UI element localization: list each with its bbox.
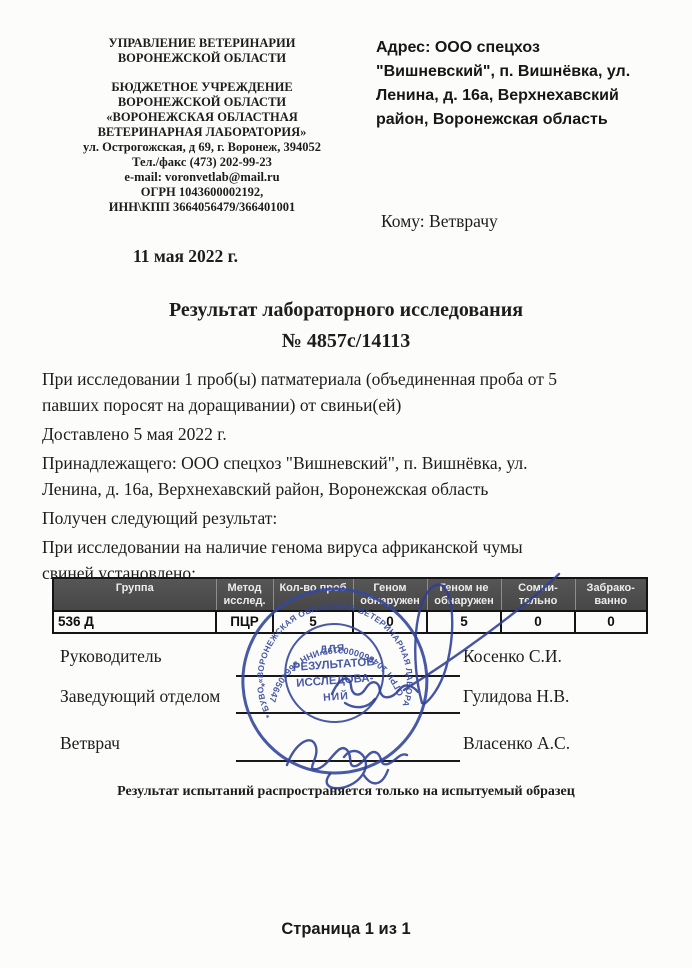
document-title-line1: Результат лабораторного исследования (0, 295, 692, 326)
disclaimer-note: Результат испытаний распространяется тол… (0, 784, 692, 800)
recipient-address-line: Ленина, д. 16а, Верхнехавский (376, 84, 668, 108)
recipient-address-block: Адрес: ООО спецхоз "Вишневский", п. Вишн… (376, 36, 668, 132)
stamp-center-line: ДЛЯ (320, 642, 346, 656)
signature-name: Власенко А.С. (463, 733, 570, 754)
recipient-address-line: "Вишневский", п. Вишнёвка, ул. (376, 60, 668, 84)
document-title-number: № 4857с/14113 (0, 326, 692, 357)
stamp-center-line: ИССЛЕДОВА- (296, 672, 374, 689)
page-number: Страница 1 из 1 (0, 920, 692, 939)
signature-role: Руководитель (60, 646, 162, 666)
signature-role: Заведующий отделом (60, 686, 220, 706)
body-line: павших поросят на доращивании) от свиньи… (42, 392, 658, 418)
scanned-lab-report-page: УПРАВЛЕНИЕ ВЕТЕРИНАРИИ ВОРОНЕЖСКОЙ ОБЛАС… (0, 0, 692, 968)
body-line: Доставлено 5 мая 2022 г. (42, 421, 658, 447)
org-name-line: ВОРОНЕЖСКОЙ ОБЛАСТИ (56, 95, 348, 110)
cell-group: 536 Д (53, 611, 216, 633)
signature-name: Гулидова Н.В. (463, 686, 569, 707)
org-email: e-mail: voronvetlab@mail.ru (56, 170, 348, 185)
cell-genome-not-detected: 5 (427, 611, 501, 633)
body-line: Получен следующий результат: (42, 505, 658, 531)
body-line: При исследовании на наличие генома вирус… (42, 534, 658, 560)
round-stamp: * БУВО «ВОРОНЕЖСКАЯ ОБЛАСТНАЯ ВЕТЕРИНАРН… (229, 577, 440, 788)
report-body: При исследовании 1 проб(ы) патматериала … (42, 366, 658, 589)
body-line: Принадлежащего: ООО спецхоз "Вишневский"… (42, 450, 658, 476)
svg-text:*: * (261, 682, 266, 693)
stamp-center-line: НИЙ (323, 689, 350, 704)
signature-role: Ветврач (60, 733, 120, 753)
org-header-block: УПРАВЛЕНИЕ ВЕТЕРИНАРИИ ВОРОНЕЖСКОЙ ОБЛАС… (56, 36, 348, 215)
cell-doubtful: 0 (501, 611, 575, 633)
paragraph-result-intro: Получен следующий результат: (42, 505, 658, 531)
col-header-rejected: Забрако- ванно (575, 578, 647, 611)
svg-text:*: * (404, 672, 409, 683)
org-inn-kpp: ИНН\КПП 3664056479/366401001 (56, 200, 348, 215)
recipient-address-line: район, Воронежская область (376, 108, 668, 132)
org-name-line: «ВОРОНЕЖСКАЯ ОБЛАСТНАЯ (56, 110, 348, 125)
body-line: Ленина, д. 16а, Верхнехавский район, Вор… (42, 476, 658, 502)
col-header-genome-not-detected: Геном не обнаружен (427, 578, 501, 611)
org-street-address: ул. Острогожская, д 69, г. Воронеж, 3940… (56, 140, 348, 155)
org-name-line: ВЕТЕРИНАРНАЯ ЛАБОРАТОРИЯ» (56, 125, 348, 140)
document-date: 11 мая 2022 г. (133, 246, 238, 267)
col-header-doubtful: Сомни- тельно (501, 578, 575, 611)
signature-name: Косенко С.И. (463, 646, 562, 667)
document-title: Результат лабораторного исследования № 4… (0, 295, 692, 357)
body-line: При исследовании 1 проб(ы) патматериала … (42, 366, 658, 392)
cell-rejected: 0 (575, 611, 647, 633)
org-ogrn: ОГРН 1043600002192, (56, 185, 348, 200)
org-phone: Тел./факс (473) 202-99-23 (56, 155, 348, 170)
col-header-group: Группа (53, 578, 216, 611)
org-name-line: БЮДЖЕТНОЕ УЧРЕЖДЕНИЕ (56, 80, 348, 95)
recipient-to-line: Кому: Ветврачу (381, 211, 498, 232)
recipient-address-line: Адрес: ООО спецхоз (376, 36, 668, 60)
paragraph-delivered: Доставлено 5 мая 2022 г. (42, 421, 658, 447)
paragraph-samples: При исследовании 1 проб(ы) патматериала … (42, 366, 658, 418)
org-authority-line: УПРАВЛЕНИЕ ВЕТЕРИНАРИИ (56, 36, 348, 51)
org-authority-line: ВОРОНЕЖСКОЙ ОБЛАСТИ (56, 51, 348, 66)
paragraph-owner: Принадлежащего: ООО спецхоз "Вишневский"… (42, 450, 658, 502)
